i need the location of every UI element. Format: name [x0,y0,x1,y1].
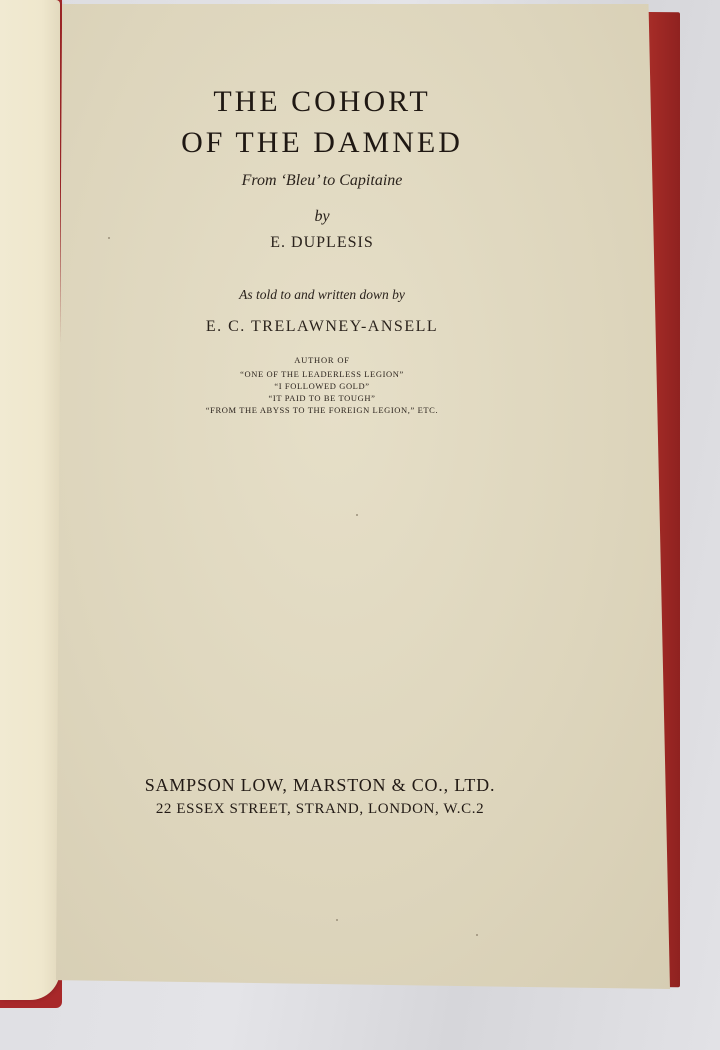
book-title-line-1: THE COHORT [32,85,612,119]
other-work-item: “IT PAID TO BE TOUGH” [32,392,612,404]
paper-speck [336,919,338,921]
other-work-item: “FROM THE ABYSS TO THE FOREIGN LEGION,” … [32,404,612,416]
told-by-label: As told to and written down by [32,287,612,303]
other-work-item: “I FOLLOWED GOLD” [32,380,612,392]
author-of-label: AUTHOR OF [32,355,612,365]
author-name: E. DUPLESIS [32,234,612,252]
book-subtitle: From ‘Bleu’ to Capitaine [32,172,612,190]
book-title-line-2: OF THE DAMNED [32,126,612,160]
publisher-name: SAMPSON LOW, MARSTON & CO., LTD. [30,775,610,796]
coauthor-name: E. C. TRELAWNEY-ANSELL [32,318,612,336]
photo-scene: THE COHORT OF THE DAMNED From ‘Bleu’ to … [0,0,720,1050]
other-work-item: “ONE OF THE LEADERLESS LEGION” [32,368,612,380]
other-works-list: “ONE OF THE LEADERLESS LEGION” “I FOLLOW… [32,368,612,416]
by-label: by [32,208,612,226]
paper-speck [356,514,358,516]
paper-speck [476,934,478,936]
publisher-address: 22 ESSEX STREET, STRAND, LONDON, W.C.2 [30,801,610,818]
